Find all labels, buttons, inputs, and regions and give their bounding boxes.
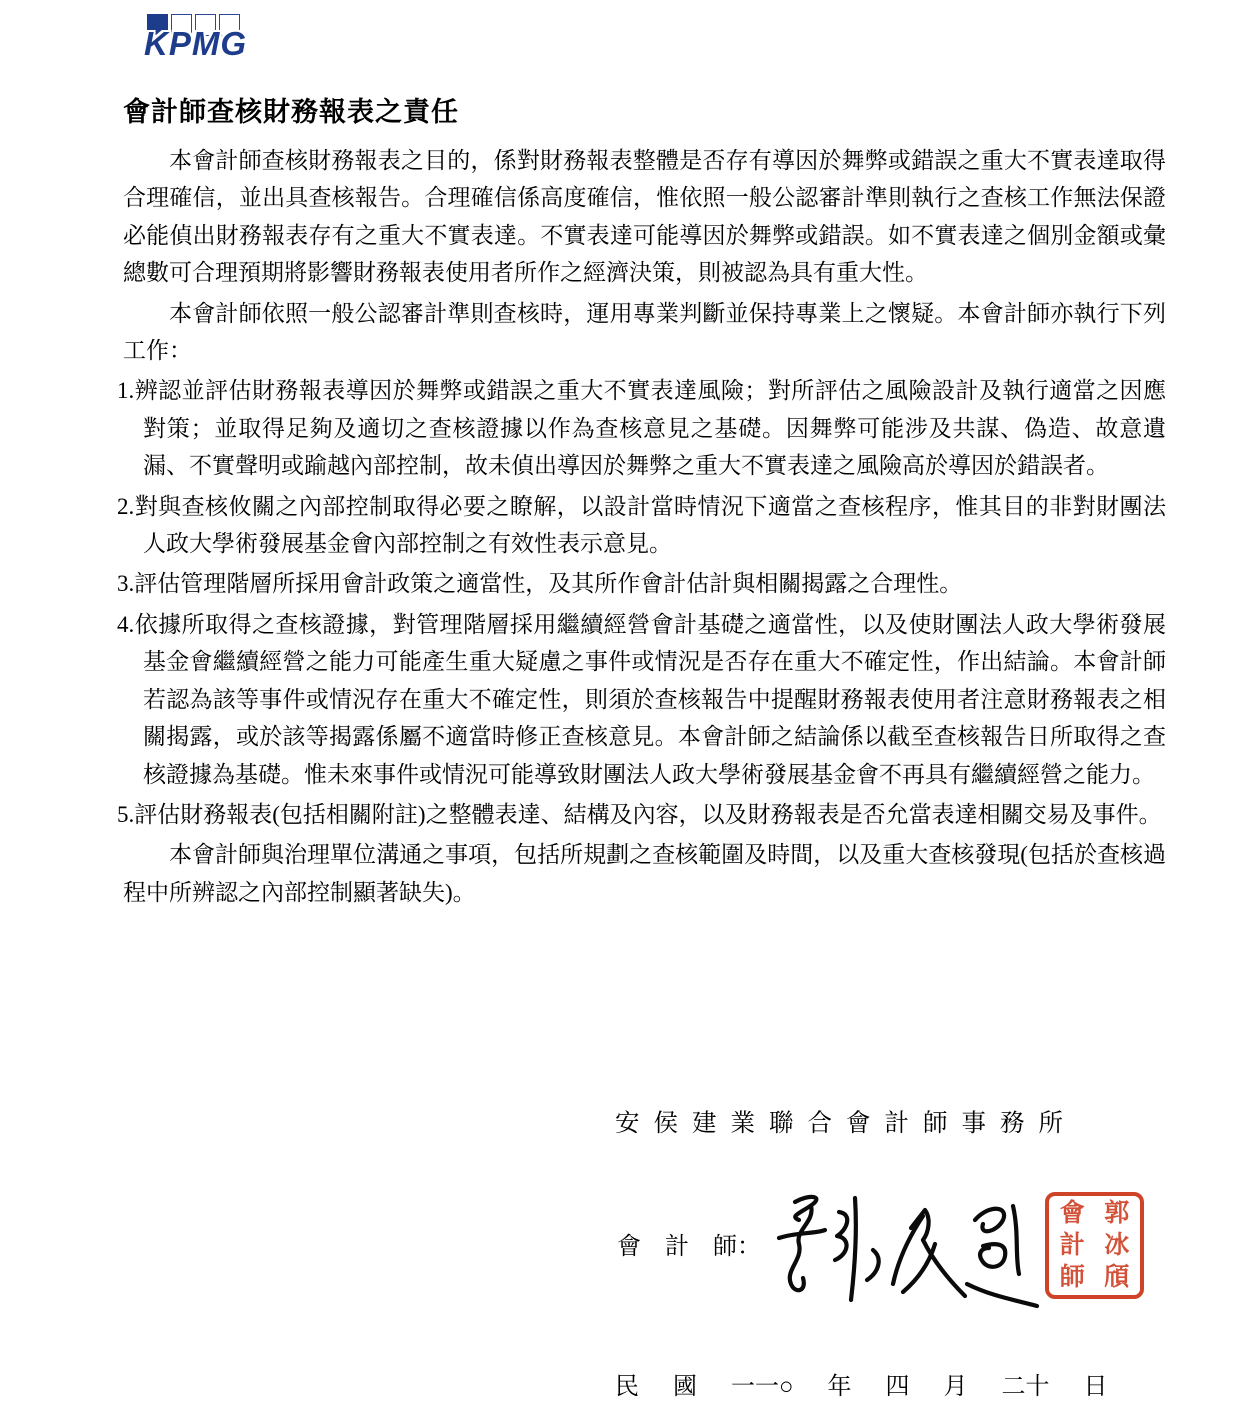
seal-character: 師 bbox=[1050, 1261, 1095, 1293]
report-body: 會計師查核財務報表之責任 本會計師查核財務報表之目的，係對財務報表整體是否存有導… bbox=[123, 90, 1166, 911]
list-item: 4.依據所取得之查核證據，對管理階層採用繼續經營會計基礎之適當性，以及使財團法人… bbox=[117, 606, 1166, 793]
section-heading: 會計師查核財務報表之責任 bbox=[123, 90, 1166, 129]
date-part: 日 bbox=[1084, 1366, 1108, 1401]
seal-character: 會 bbox=[1050, 1198, 1095, 1230]
seal-character: 計 bbox=[1050, 1230, 1095, 1262]
date-part: 四 bbox=[886, 1366, 910, 1401]
list-item-number: 4. bbox=[117, 612, 134, 637]
paragraph-procedures-intro: 本會計師依照一般公認審計準則查核時，運用專業判斷並保持專業上之懷疑。本會計師亦執… bbox=[123, 295, 1166, 370]
list-item-number: 1. bbox=[117, 378, 134, 403]
firm-name: 安侯建業聯合會計師事務所 bbox=[615, 1104, 1077, 1139]
report-date: 民 國 一一○ 年 四 月 二十 日 bbox=[615, 1366, 1135, 1401]
list-item-number: 5. bbox=[117, 802, 134, 827]
audit-report-page: KPMG 會計師查核財務報表之責任 本會計師查核財務報表之目的，係對財務報表整體… bbox=[0, 0, 1241, 1421]
date-part: 年 bbox=[828, 1366, 852, 1401]
accountant-seal: 會 郭 計 冰 師 頎 bbox=[1045, 1192, 1144, 1299]
list-item: 3.評估管理階層所採用會計政策之適當性，及其所作會計估計與相關揭露之合理性。 bbox=[117, 565, 1166, 602]
list-item: 1.辨認並評估財務報表導因於舞弊或錯誤之重大不實表達風險；對所評估之風險設計及執… bbox=[117, 372, 1166, 484]
list-item-text: 依據所取得之查核證據，對管理階層採用繼續經營會計基礎之適當性，以及使財團法人政大… bbox=[134, 612, 1166, 787]
accountant-signature bbox=[765, 1186, 1045, 1321]
list-item: 5.評估財務報表(包括相關附註)之整體表達、結構及內容，以及財務報表是否允當表達… bbox=[117, 796, 1166, 833]
date-part: 民 bbox=[615, 1366, 639, 1401]
list-item-text: 辨認並評估財務報表導因於舞弊或錯誤之重大不實表達風險；對所評估之風險設計及執行適… bbox=[134, 378, 1166, 478]
kpmg-logo-text: KPMG bbox=[144, 27, 247, 60]
date-part: 二十 bbox=[1002, 1366, 1050, 1401]
kpmg-logo: KPMG bbox=[147, 14, 267, 66]
list-item-text: 對與查核攸關之內部控制取得必要之瞭解，以設計當時情況下適當之查核程序，惟其目的非… bbox=[134, 494, 1166, 556]
list-item-number: 2. bbox=[117, 494, 134, 519]
list-item-text: 評估財務報表(包括相關附註)之整體表達、結構及內容，以及財務報表是否允當表達相關… bbox=[134, 802, 1161, 827]
paragraph-purpose: 本會計師查核財務報表之目的，係對財務報表整體是否存有導因於舞弊或錯誤之重大不實表… bbox=[123, 142, 1166, 292]
accountant-label: 會 計 師： bbox=[617, 1226, 761, 1261]
date-part: 國 bbox=[673, 1366, 697, 1401]
date-part: 月 bbox=[944, 1366, 968, 1401]
list-item-text: 評估管理階層所採用會計政策之適當性，及其所作會計估計與相關揭露之合理性。 bbox=[134, 571, 962, 596]
seal-character: 頎 bbox=[1095, 1261, 1140, 1293]
seal-character: 冰 bbox=[1095, 1230, 1140, 1262]
list-item-number: 3. bbox=[117, 571, 134, 596]
list-item: 2.對與查核攸關之內部控制取得必要之瞭解，以設計當時情況下適當之查核程序，惟其目… bbox=[117, 488, 1166, 563]
paragraph-governance-communication: 本會計師與治理單位溝通之事項，包括所規劃之查核範圍及時間，以及重大查核發現(包括… bbox=[123, 836, 1166, 911]
date-part: 一一○ bbox=[731, 1366, 794, 1401]
seal-character: 郭 bbox=[1095, 1198, 1140, 1230]
